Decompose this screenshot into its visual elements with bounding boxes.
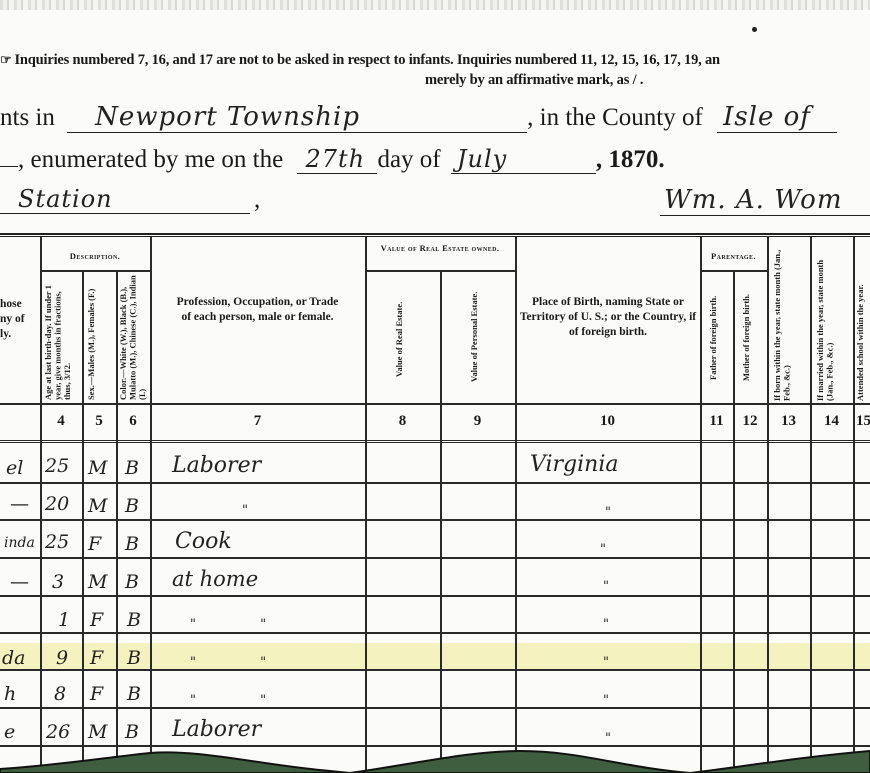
year-label: , 1870. — [596, 146, 665, 173]
col-number: 5 — [82, 413, 116, 430]
day-field: 27th — [297, 145, 377, 174]
page-curl-edge — [0, 743, 870, 773]
col13-header: If born within the year, state month (Ja… — [773, 241, 803, 401]
name-fragment: inda — [4, 535, 35, 551]
month-field: July — [451, 145, 596, 174]
col-number: 11 — [700, 413, 733, 430]
birthplace-cell: Virginia — [530, 452, 619, 477]
location-line: nts in Newport Township, in the County o… — [0, 102, 837, 133]
row-rule — [0, 669, 870, 671]
birthplace-cell: " — [603, 655, 609, 670]
row-rule — [0, 707, 870, 709]
col8-header: Value of Real Estate. — [395, 282, 409, 397]
color-cell: B — [127, 647, 141, 669]
lead-underline — [0, 166, 18, 167]
pointing-hand-icon: ☞ — [0, 52, 11, 67]
occupation-cell: at home — [172, 567, 258, 591]
post-office-line: Station, Wm. A. Wom — [0, 185, 260, 214]
col-number: 13 — [767, 413, 810, 430]
scan-edge — [0, 0, 870, 10]
age-cell: 8 — [54, 683, 66, 705]
name-fragment: el — [6, 457, 23, 479]
col11-header: Father of foreign birth. — [709, 275, 723, 400]
color-cell: B — [125, 571, 139, 593]
comma: , — [254, 186, 260, 213]
row-rule — [0, 482, 870, 484]
day-of-label: day of — [377, 146, 440, 173]
birthplace-cell: " — [605, 505, 611, 520]
inquiry-line-2: merely by an affirmative mark, as / . — [425, 72, 643, 89]
sex-cell: F — [90, 647, 103, 669]
color-cell: B — [125, 495, 139, 517]
birthplace-cell: " — [603, 617, 609, 632]
group-rule — [365, 270, 515, 272]
group-rule — [700, 270, 767, 272]
header-rule — [0, 403, 870, 405]
col-divider — [365, 237, 367, 773]
row-rule — [0, 595, 870, 597]
township-field: Newport Township — [67, 102, 527, 133]
name-fragment: — — [10, 493, 29, 515]
name-fragment: e — [4, 721, 15, 743]
inquiry-line-1: Inquiries numbered 7, 16, and 17 are not… — [14, 52, 719, 68]
name-fragment: — — [10, 571, 29, 593]
sex-cell: F — [88, 533, 101, 555]
col-divider — [440, 270, 442, 773]
col-number: 4 — [40, 413, 82, 430]
sex-cell: F — [90, 683, 103, 705]
name-fragment: h — [4, 683, 16, 705]
occupation-cell: Laborer — [172, 453, 261, 478]
col4-header: Age at last birth-day. If under 1 year, … — [44, 275, 80, 400]
col-number: 6 — [116, 413, 150, 430]
col6-header: Color.—White (W.), Black (B.), Mulatto (… — [119, 275, 149, 400]
age-cell: 20 — [45, 493, 69, 515]
group-rule — [40, 270, 150, 272]
county-field: Isle of — [717, 102, 837, 133]
color-cell: B — [125, 533, 139, 555]
birthplace-cell: " — [603, 693, 609, 708]
age-cell: 9 — [56, 647, 68, 669]
age-cell: 1 — [58, 609, 70, 631]
col7-header: Profession, Occupation, or Trade of each… — [175, 295, 340, 325]
color-cell: B — [125, 721, 139, 743]
col-divider — [150, 237, 152, 773]
census-table: Description. Value of Real Estate owned.… — [0, 237, 870, 773]
col12-header: Mother of foreign birth. — [742, 275, 756, 400]
enumerated-label: , enumerated by me on the — [18, 146, 283, 173]
col-number: 10 — [515, 413, 700, 430]
occupation-cell: Cook — [175, 529, 232, 554]
col-number: 14 — [810, 413, 853, 430]
occupation-cell: " " — [190, 693, 266, 708]
county-label: , in the County of — [527, 104, 703, 131]
col-number: 8 — [365, 413, 440, 430]
col14-header: If married within the year, state month … — [816, 241, 846, 401]
sex-cell: M — [88, 571, 107, 593]
sex-cell: M — [88, 457, 107, 479]
occupation-cell: " " — [190, 617, 266, 632]
color-cell: B — [127, 609, 141, 631]
row-rule — [0, 632, 870, 634]
col10-header: Place of Birth, naming State or Territor… — [518, 295, 698, 340]
color-cell: B — [125, 457, 139, 479]
location-prefix: nts in — [0, 104, 55, 131]
col-number: 12 — [733, 413, 767, 430]
sex-cell: F — [90, 609, 103, 631]
occupation-cell: " — [242, 503, 248, 518]
col-number: 9 — [440, 413, 515, 430]
color-cell: B — [127, 683, 141, 705]
age-cell: 3 — [52, 571, 64, 593]
col-number: 15 — [853, 413, 870, 430]
name-fragment: da — [2, 647, 26, 669]
col-divider — [810, 237, 812, 773]
sex-cell: M — [88, 721, 107, 743]
age-cell: 25 — [45, 531, 69, 553]
occupation-cell: Laborer — [172, 717, 261, 742]
col-divider — [82, 270, 84, 773]
col-divider — [733, 270, 735, 773]
col15-header: Attended school within the year. — [856, 241, 870, 401]
col3-header: hose ny of ly. — [0, 297, 40, 342]
occupation-cell: " " — [190, 655, 266, 670]
col-number: 7 — [150, 413, 365, 430]
inquiry-instructions: ☞Inquiries numbered 7, 16, and 17 are no… — [0, 52, 720, 69]
age-cell: 26 — [46, 721, 70, 743]
col-divider — [700, 237, 702, 773]
row-rule — [0, 519, 870, 521]
col-divider — [515, 237, 517, 773]
col-divider — [40, 237, 42, 773]
birthplace-cell: " — [600, 542, 606, 557]
col9-header: Value of Personal Estate. — [470, 277, 484, 397]
enumerator-signature: Wm. A. Wom — [660, 185, 870, 216]
age-cell: 25 — [45, 455, 69, 477]
row-rule — [0, 557, 870, 559]
birthplace-cell: " — [603, 579, 609, 594]
col-divider — [767, 237, 769, 773]
numbers-rule — [0, 440, 870, 443]
group-real-estate: Value of Real Estate owned. — [365, 243, 515, 253]
col5-header: Sex.—Males (M.), Females (F.) — [87, 275, 113, 400]
group-parentage: Parentage. — [700, 251, 767, 261]
date-line: , enumerated by me on the 27thday of Jul… — [0, 145, 665, 174]
post-office-field: Station — [0, 185, 250, 214]
group-description: Description. — [40, 251, 150, 261]
sex-cell: M — [88, 495, 107, 517]
ink-dot — [752, 27, 757, 32]
